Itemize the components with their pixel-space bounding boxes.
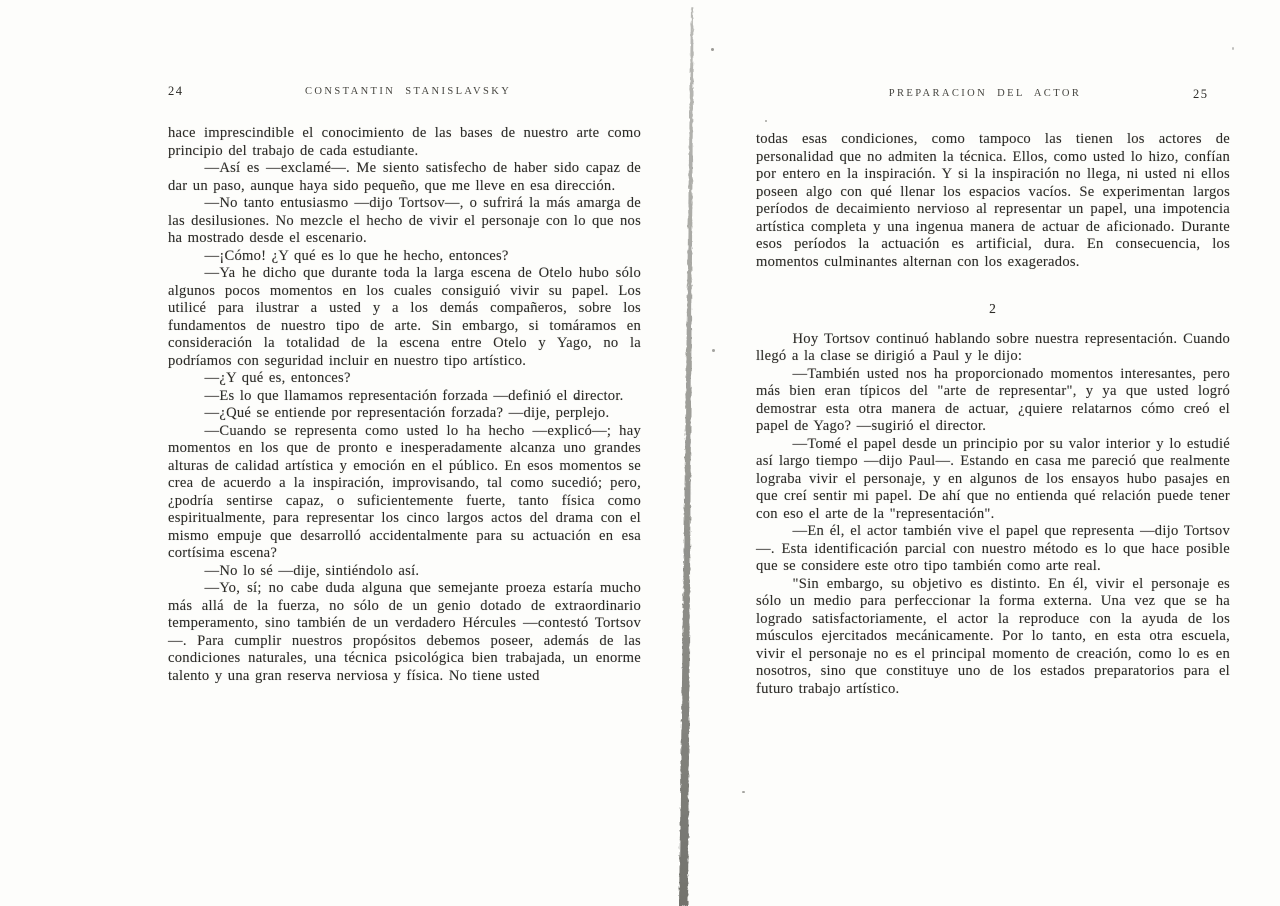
scan-speck (1232, 47, 1234, 50)
paragraph: —También usted nos ha proporcionado mome… (756, 366, 1230, 436)
left-page: 24 CONSTANTIN STANISLAVSKY hace impresci… (168, 84, 641, 685)
book-scan: 24 CONSTANTIN STANISLAVSKY hace impresci… (0, 0, 1280, 906)
right-page-header: PREPARACION DEL ACTOR 25 (756, 84, 1230, 131)
left-page-header: 24 CONSTANTIN STANISLAVSKY (168, 84, 641, 125)
right-page-body: todas esas condiciones, como tampoco las… (756, 131, 1230, 698)
paragraph: —Es lo que llamamos representación forza… (168, 388, 641, 406)
paragraph: —¿Y qué es, entonces? (168, 370, 641, 388)
scan-speck (712, 349, 715, 352)
paragraph: —Así es —exclamé—. Me siento satisfecho … (168, 160, 641, 195)
paragraph: "Sin embargo, su objetivo es distinto. E… (756, 576, 1230, 699)
left-running-title: CONSTANTIN STANISLAVSKY (305, 86, 511, 97)
scan-speck (742, 791, 745, 793)
left-page-number: 24 (168, 84, 184, 99)
right-page-number: 25 (1193, 87, 1209, 102)
left-page-body: hace imprescindible el conocimiento de l… (168, 125, 641, 685)
paragraph: —Cuando se representa como usted lo ha h… (168, 423, 641, 563)
right-running-title: PREPARACION DEL ACTOR (748, 88, 1222, 99)
scan-speck (711, 48, 714, 51)
paragraph: —¡Cómo! ¿Y qué es lo que he hecho, enton… (168, 248, 641, 266)
paragraph: —Ya he dicho que durante toda la larga e… (168, 265, 641, 370)
paragraph: hace imprescindible el conocimiento de l… (168, 125, 641, 160)
paragraph: —En él, el actor también vive el papel q… (756, 523, 1230, 576)
paragraph: —No lo sé —dije, sintiéndolo así. (168, 563, 641, 581)
paragraph: —Tomé el papel desde un principio por su… (756, 436, 1230, 524)
paragraph: —¿Qué se entiende por representación for… (168, 405, 641, 423)
paragraph: Hoy Tortsov continuó hablando sobre nues… (756, 331, 1230, 366)
paragraph: —No tanto entusiasmo —dijo Tortsov—, o s… (168, 195, 641, 248)
right-page: PREPARACION DEL ACTOR 25 todas esas cond… (756, 84, 1230, 698)
paragraph: —Yo, sí; no cabe duda alguna que semejan… (168, 580, 641, 685)
paragraph: todas esas condiciones, como tampoco las… (756, 131, 1230, 271)
section-number: 2 (756, 300, 1230, 318)
